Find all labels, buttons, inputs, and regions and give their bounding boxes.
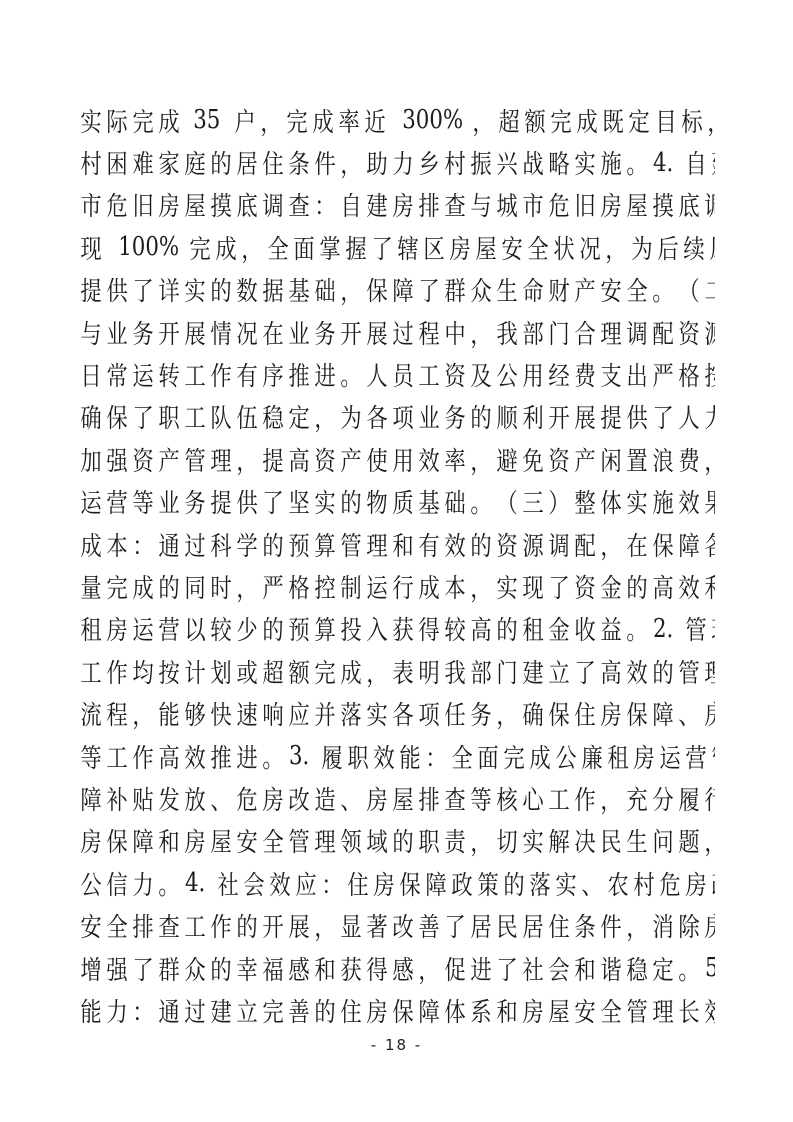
text-line: 确保了职工队伍稳定，为各项业务的顺利开展提供了人力保障。同时， bbox=[78, 396, 715, 438]
text-line: 流程，能够快速响应并落实各项任务，确保住房保障、房屋安全排查 bbox=[78, 692, 715, 734]
text-line: 成本：通过科学的预算管理和有效的资源调配，在保障各项工作高质 bbox=[78, 523, 715, 565]
text-line: 加强资产管理，提高资产使用效率，避免资产闲置浪费，为公廉租房 bbox=[78, 438, 715, 480]
text-line: 等工作高效推进。3. 履职效能：全面完成公廉租房运营管理、住房保 bbox=[78, 735, 715, 777]
text-line: 提供了详实的数据基础，保障了群众生命财产安全。（二）资产管理 bbox=[78, 269, 715, 311]
text-line: 量完成的同时，严格控制运行成本，实现了资金的高效利用，如公廉 bbox=[78, 565, 715, 607]
text-line: 与业务开展情况在业务开展过程中，我部门合理调配资源，保障单位 bbox=[78, 311, 715, 353]
page-number: - 18 - bbox=[0, 1036, 793, 1054]
text-line: 工作均按计划或超额完成，表明我部门建立了高效的管理机制和工作 bbox=[78, 650, 715, 692]
text-line: 日常运转工作有序推进。人员工资及公用经费支出严格按照预算执行， bbox=[78, 353, 715, 395]
text-line: 公信力。4. 社会效应：住房保障政策的落实、农村危房改造以及房屋 bbox=[78, 862, 715, 904]
text-line: 能力：通过建立完善的住房保障体系和房屋安全管理长效机制，为公 bbox=[78, 989, 715, 1031]
document-page: 实际完成 35 户，完成率近 300%，超额完成既定目标，极大改善了农 村困难家… bbox=[0, 0, 793, 1122]
body-text: 实际完成 35 户，完成率近 300%，超额完成既定目标，极大改善了农 村困难家… bbox=[78, 99, 715, 1032]
text-line: 障补贴发放、危房改造、房屋排查等核心工作，充分履行了部门在住 bbox=[78, 777, 715, 819]
text-line: 增强了群众的幸福感和获得感，促进了社会和谐稳定。5. 可持续发展 bbox=[78, 947, 715, 989]
text-line: 房保障和房屋安全管理领域的职责，切实解决民生问题，提升了政府 bbox=[78, 820, 715, 862]
text-line: 现 100%完成，全面掌握了辖区房屋安全状况，为后续风险防控和治理 bbox=[78, 226, 715, 268]
text-line: 村困难家庭的居住条件，助力乡村振兴战略实施。4. 自建房排查及城 bbox=[78, 141, 715, 183]
text-line: 实际完成 35 户，完成率近 300%，超额完成既定目标，极大改善了农 bbox=[78, 99, 715, 141]
text-line: 租房运营以较少的预算投入获得较高的租金收益。2. 管理效率：各项 bbox=[78, 608, 715, 650]
text-line: 安全排查工作的开展，显著改善了居民居住条件，消除房屋安全隐患， bbox=[78, 904, 715, 946]
text-line: 运营等业务提供了坚实的物质基础。（三）整体实施效果分析 1. 运行 bbox=[78, 481, 715, 523]
text-line: 市危旧房屋摸底调查：自建房排查与城市危旧房屋摸底调查工作均实 bbox=[78, 184, 715, 226]
